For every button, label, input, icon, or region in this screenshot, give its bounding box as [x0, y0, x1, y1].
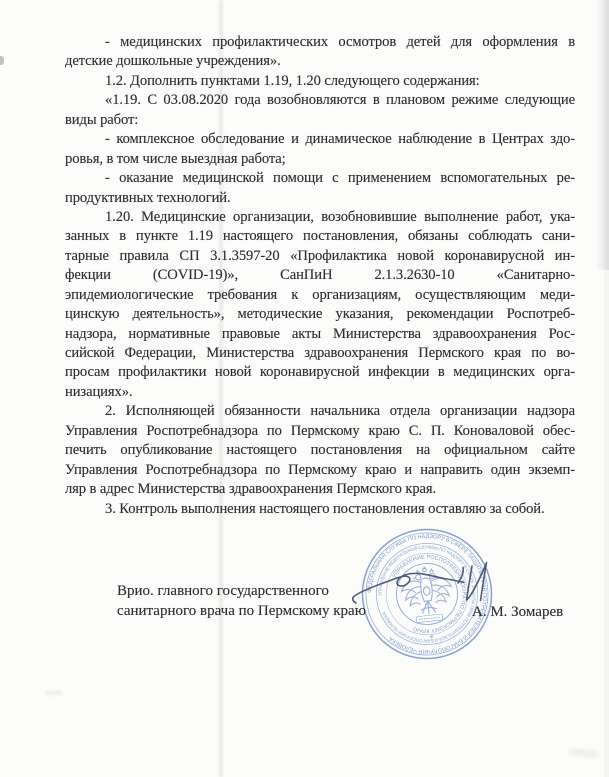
- document-line: просам профилактики новой коронавирусной…: [65, 363, 575, 382]
- scan-smudge: [570, 748, 599, 757]
- document-line: 2. Исполняющей обязанности начальника от…: [65, 402, 575, 421]
- stamp-star-icon: ✳: [429, 634, 435, 641]
- document-body-text: - медицинских профилактических осмотров …: [65, 33, 575, 519]
- document-line: «1.19. С 03.08.2020 года возобновляются …: [65, 91, 575, 110]
- document-line: - медицинских профилактических осмотров …: [65, 33, 575, 52]
- document-line: фекции (COVID-19)», СанПиН 2.1.3.2630-10…: [65, 266, 575, 285]
- document-line: ляр в адрес Министерства здравоохранения…: [65, 480, 575, 499]
- document-line: 1.20. Медицинские организации, возобнови…: [65, 208, 575, 227]
- handwritten-signature: [346, 556, 496, 608]
- document-line: ровья, в том числе выездная работа;: [65, 150, 575, 169]
- document-line: Управления Роспотребнадзора по Пермскому…: [65, 422, 575, 441]
- document-line: - комплексное обследование и динамическо…: [65, 130, 575, 149]
- document-line: Управления Роспотребнадзора по Пермскому…: [65, 461, 575, 480]
- signatory-title-line2: санитарного врача по Пермскому краю: [117, 601, 366, 621]
- document-line: низациях».: [65, 383, 575, 402]
- scan-edge-mark: [0, 56, 4, 65]
- signatory-title-line1: Врио. главного государственного: [117, 581, 366, 601]
- document-line: надзора, нормативные правовые акты Минис…: [65, 325, 575, 344]
- document-line: продуктивных технологий.: [65, 189, 575, 208]
- document-line: 3. Контроль выполнения настоящего постан…: [65, 500, 575, 519]
- document-line: виды работ:: [65, 111, 575, 130]
- document-line: тарные правила СП 3.1.3597-20 «Профилакт…: [65, 247, 575, 266]
- document-line: - оказание медицинской помощи с применен…: [65, 169, 575, 188]
- stamp-number-banner: [416, 614, 442, 623]
- document-line: 1.2. Дополнить пунктами 1.19, 1.20 следу…: [65, 72, 575, 91]
- document-line: детские дошкольные учреждения».: [65, 52, 575, 71]
- scan-smudge: [46, 691, 62, 695]
- document-line: печить опубликование настоящего постанов…: [65, 441, 575, 460]
- signature-strokes: [353, 563, 487, 604]
- scanned-document-page: - медицинских профилактических осмотров …: [0, 0, 609, 777]
- document-line: занных в пункте 1.19 настоящего постанов…: [65, 227, 575, 246]
- signatory-title: Врио. главного государственного санитарн…: [117, 581, 366, 621]
- document-line: цинскую деятельность», методические указ…: [65, 305, 575, 324]
- scan-edge-shade: [604, 0, 609, 777]
- document-line: эпидемиологические требования к организа…: [65, 286, 575, 305]
- document-line: сийской Федерации, Министерства здравоох…: [65, 344, 575, 363]
